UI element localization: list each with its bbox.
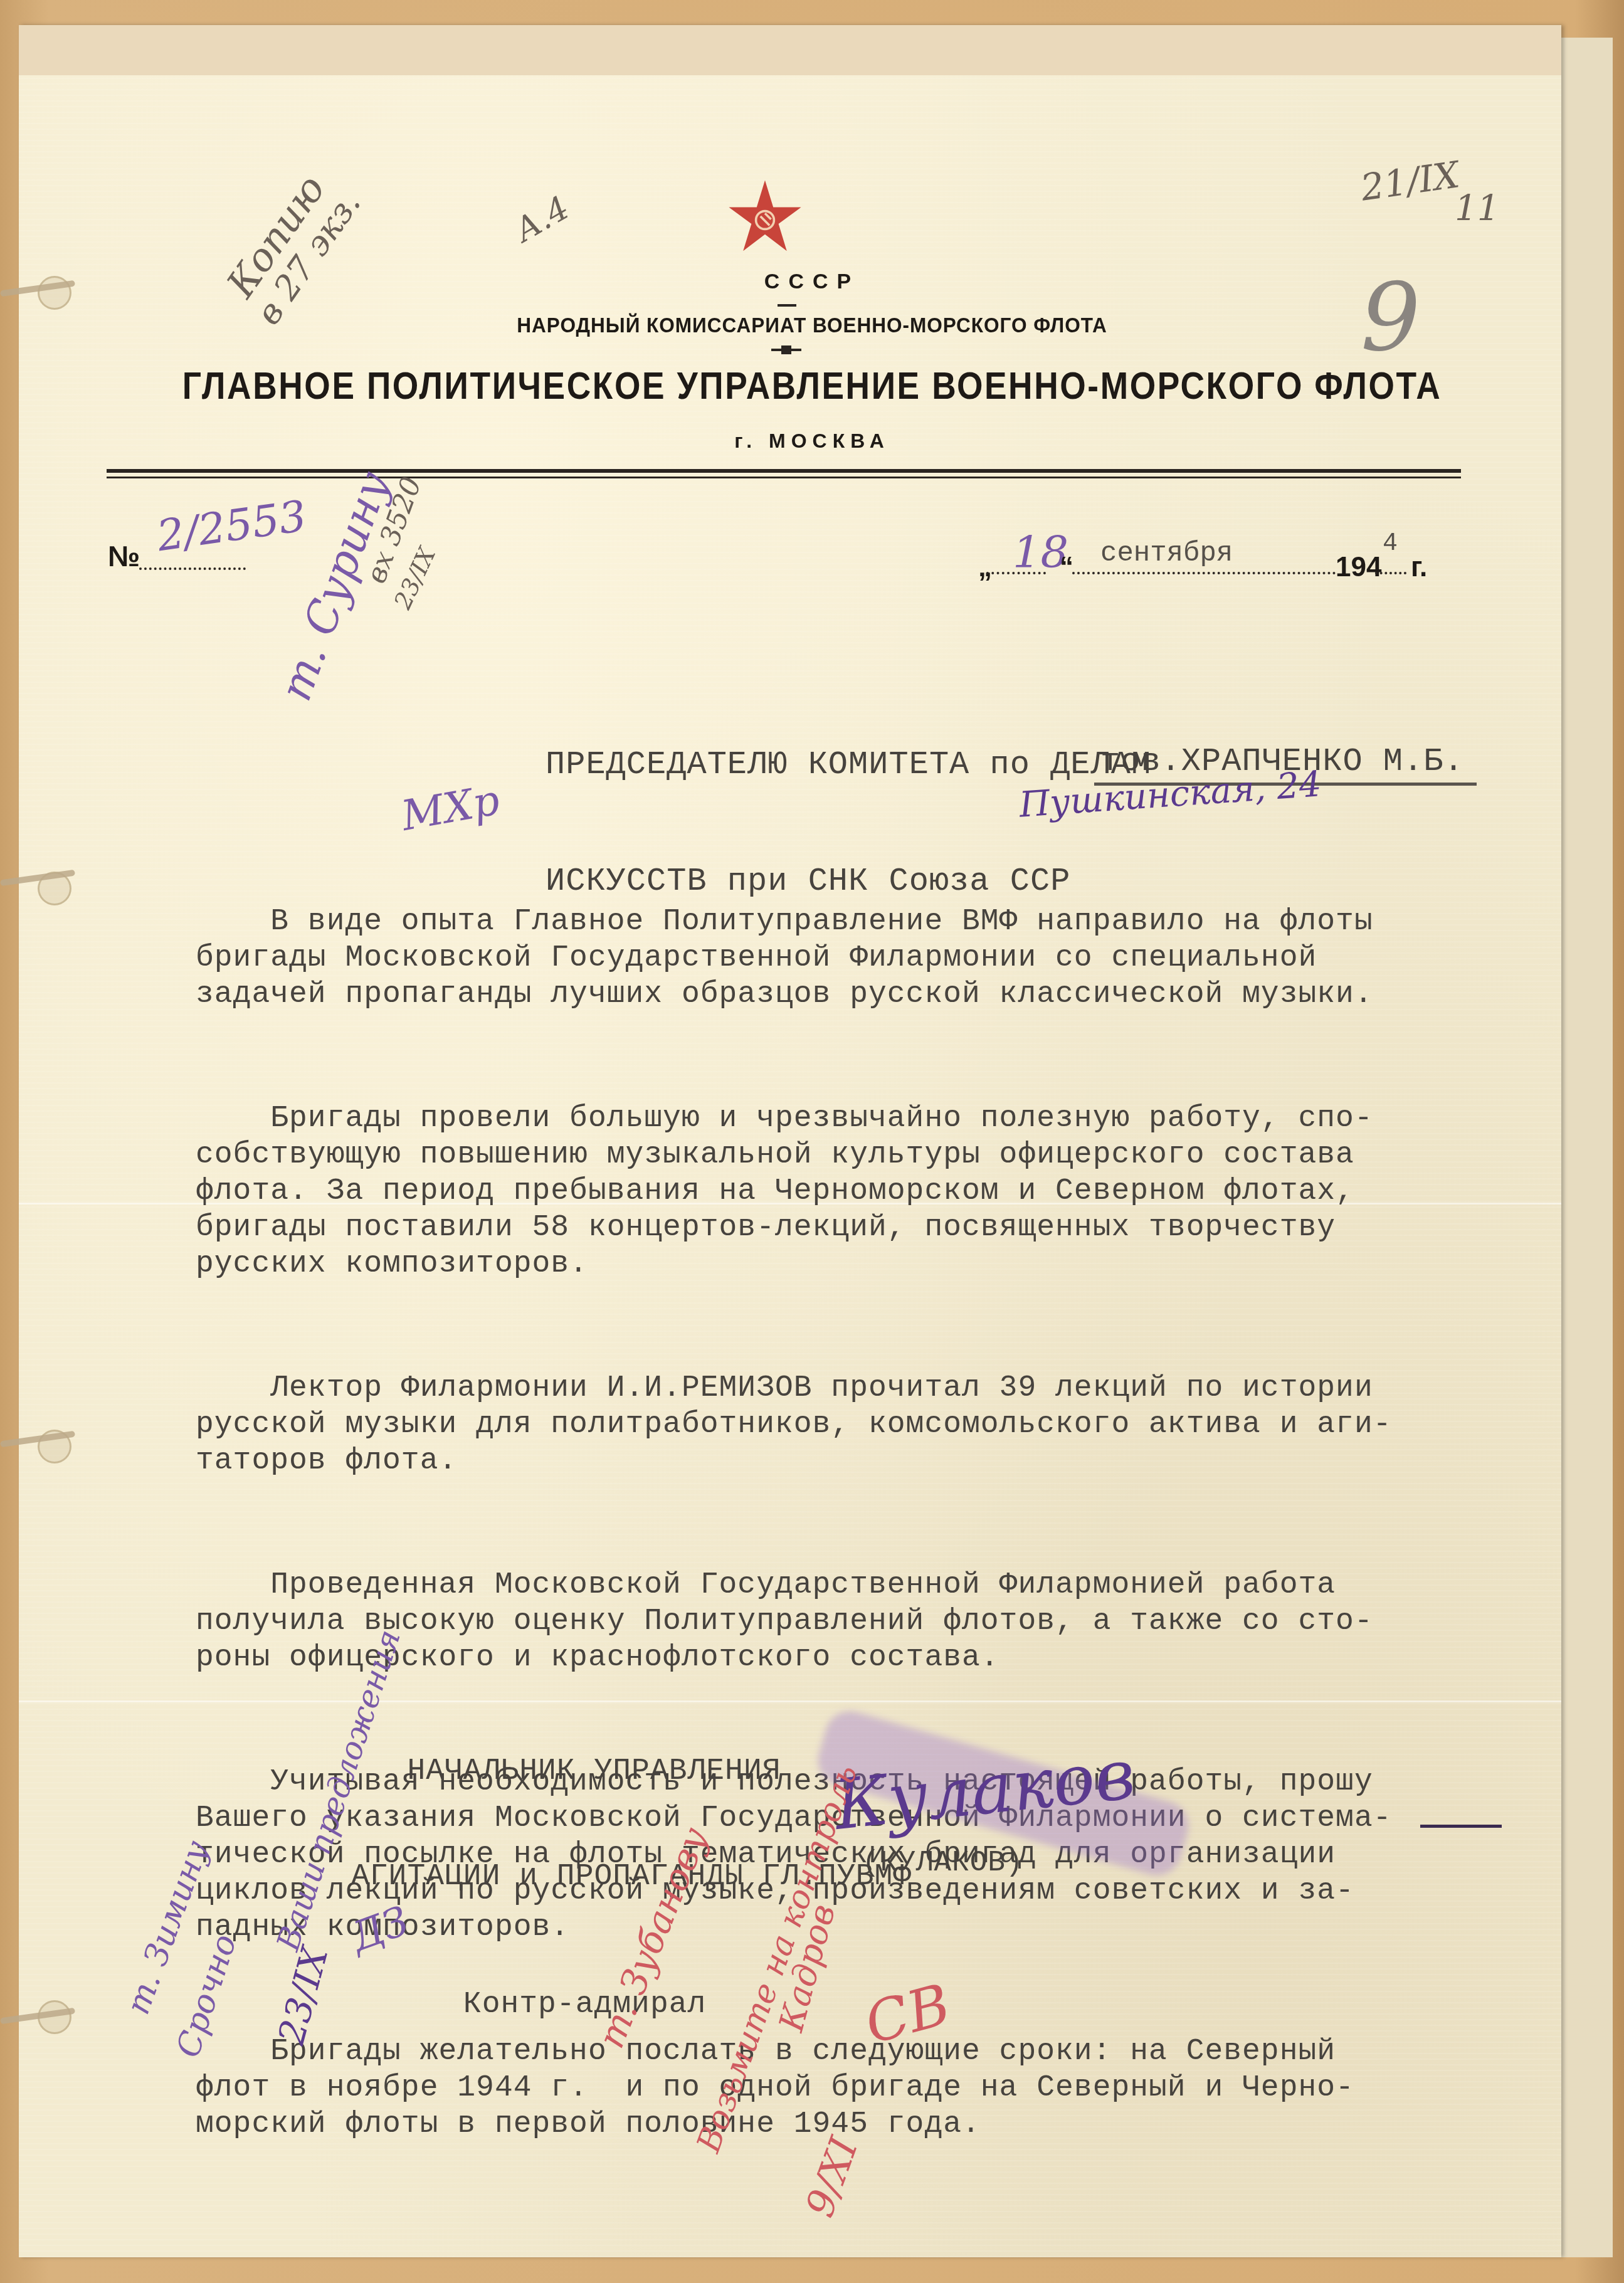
date-year-prefix: 194 [1336,552,1381,583]
reference-number-label: № [108,539,140,573]
letterhead-directorate: ГЛАВНОЕ ПОЛИТИЧЕСКОЕ УПРАВЛЕНИЕ ВОЕННО-М… [113,364,1510,408]
letterhead-divider-mark [781,345,791,354]
signatory-name: (КУЛАКОВ) [862,1847,1023,1879]
body-paragraph-3: Лектор Филармонии И.И.РЕМИЗОВ прочитал 3… [196,1370,1544,1479]
letterhead-rule [107,469,1461,473]
page-top-band [19,25,1561,75]
date-year-digit: 4 [1383,530,1398,558]
body-paragraph-2: Бригады провели большую и чрезвычайно по… [196,1100,1544,1282]
red-star-emblem-icon [727,179,803,254]
annotation-mark-right: 11 [1455,188,1499,229]
date-month-line [1072,572,1336,574]
letterhead-city: г. МОСКВА [0,430,1624,453]
letterhead-rule [107,477,1461,478]
date-open-quote: „ [978,552,992,583]
reference-number-line [139,567,246,570]
body-paragraph-1: В виде опыта Главное Политуправление ВМФ… [196,904,1544,1013]
page-number: 9 [1361,263,1420,372]
date-year-suffix: г. [1411,552,1427,583]
letterhead-divider [778,304,796,307]
date-close-quote: “ [1060,552,1073,583]
signature-dash [1420,1825,1502,1828]
date-month: сентября [1100,538,1233,569]
date-year-line [1375,572,1406,574]
addressee-line-1: ПРЕДСЕДАТЕЛЮ КОМИТЕТА по ДЕЛАМ [546,746,1151,784]
